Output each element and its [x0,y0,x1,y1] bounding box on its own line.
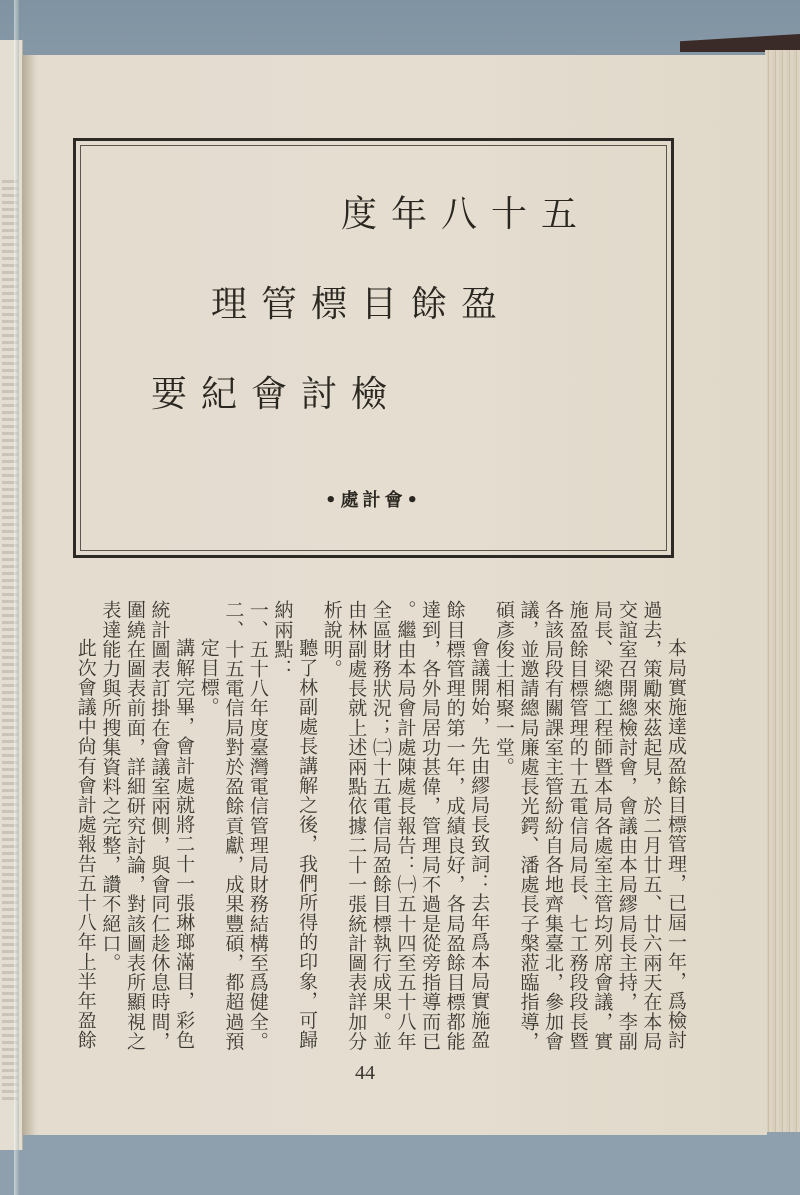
text-column: 此次會議中尙有會計處報告五十八年上半年盈餘 [73,600,98,1055]
text-column: 定目標。 [196,600,221,1055]
text-column: 局長、梁總工程師暨本局各處室主管均列席會議，實 [590,600,615,1055]
text-column: 析說明。 [319,600,344,1055]
facing-page-edge [0,40,23,1150]
gutter-shadow [22,55,36,1135]
text-column: 本局實施達成盈餘目標管理，已屆一年，爲檢討 [663,600,688,1055]
text-column: 圍繞在圖表前面，詳細研究討論，對該圖表所顯視之 [122,600,147,1055]
department-byline: •處計會• [76,486,671,512]
text-column: 講解完畢，會計處就將二十一張琳瑯滿目，彩色 [172,600,197,1055]
text-column: 餘目標管理的第一年，成績良好，各局盈餘目標都能 [442,600,467,1055]
text-column: 表達能力與所搜集資料之完整，讚不絕口。 [98,600,123,1055]
background-bottom [0,1130,800,1195]
text-column: 交誼室召開總檢討會，會議由本局繆局長主持，李副 [614,600,639,1055]
text-column: 議，並邀請總局廉處長光鍔、潘處長子槃蒞臨指導， [516,600,541,1055]
page-edges [765,50,800,1132]
text-column: 碩彥俊士相聚一堂。 [491,600,516,1055]
title-line-2: 理管標目餘盈 [211,276,511,327]
text-column: 過去，策勵來茲起見，於二月廿五、廿六兩天在本局 [639,600,664,1055]
article-body: 本局實施達成盈餘目標管理，已屆一年，爲檢討過去，策勵來茲起見，於二月廿五、廿六兩… [72,600,688,1055]
text-column: 全區財務狀況；㈡十五電信局盈餘目標執行成果。並 [368,600,393,1055]
text-column: 施盈餘目標管理的十五電信局局長、七工務段段長暨 [565,600,590,1055]
text-column: 統計圖表訂掛在會議室兩側，與會同仁趁休息時間， [147,600,172,1055]
text-column: 二、十五電信局對於盈餘貢獻，成果豐碩，都超過預 [221,600,246,1055]
text-column: 會議開始，先由繆局長致詞：去年爲本局實施盈 [467,600,492,1055]
title-box: 度年八十五 理管標目餘盈 要紀會討檢 •處計會• [73,138,674,558]
title-line-1: 度年八十五 [341,186,591,237]
text-column: 。繼由本局會計處陳處長報告：㈠五十四至五十八年 [393,600,418,1055]
text-column: 由林副處長就上述兩點依據二十一張統計圖表詳加分 [344,600,369,1055]
page-number: 44 [355,1062,375,1085]
title-line-3: 要紀會討檢 [151,366,401,417]
glass-plate-edge [14,0,19,1195]
text-column: 納兩點： [270,600,295,1055]
text-column: 聽了林副處長講解之後，我們所得的印象，可歸 [295,600,320,1055]
text-column: 各該局段有關課室主管紛紛自各地齊集臺北，參加會 [540,600,565,1055]
text-column: 達到，各外局居功甚偉，管理局不過是從旁指導而已 [417,600,442,1055]
text-column: 一、五十八年度臺灣電信管理局財務結構至爲健全。 [245,600,270,1055]
